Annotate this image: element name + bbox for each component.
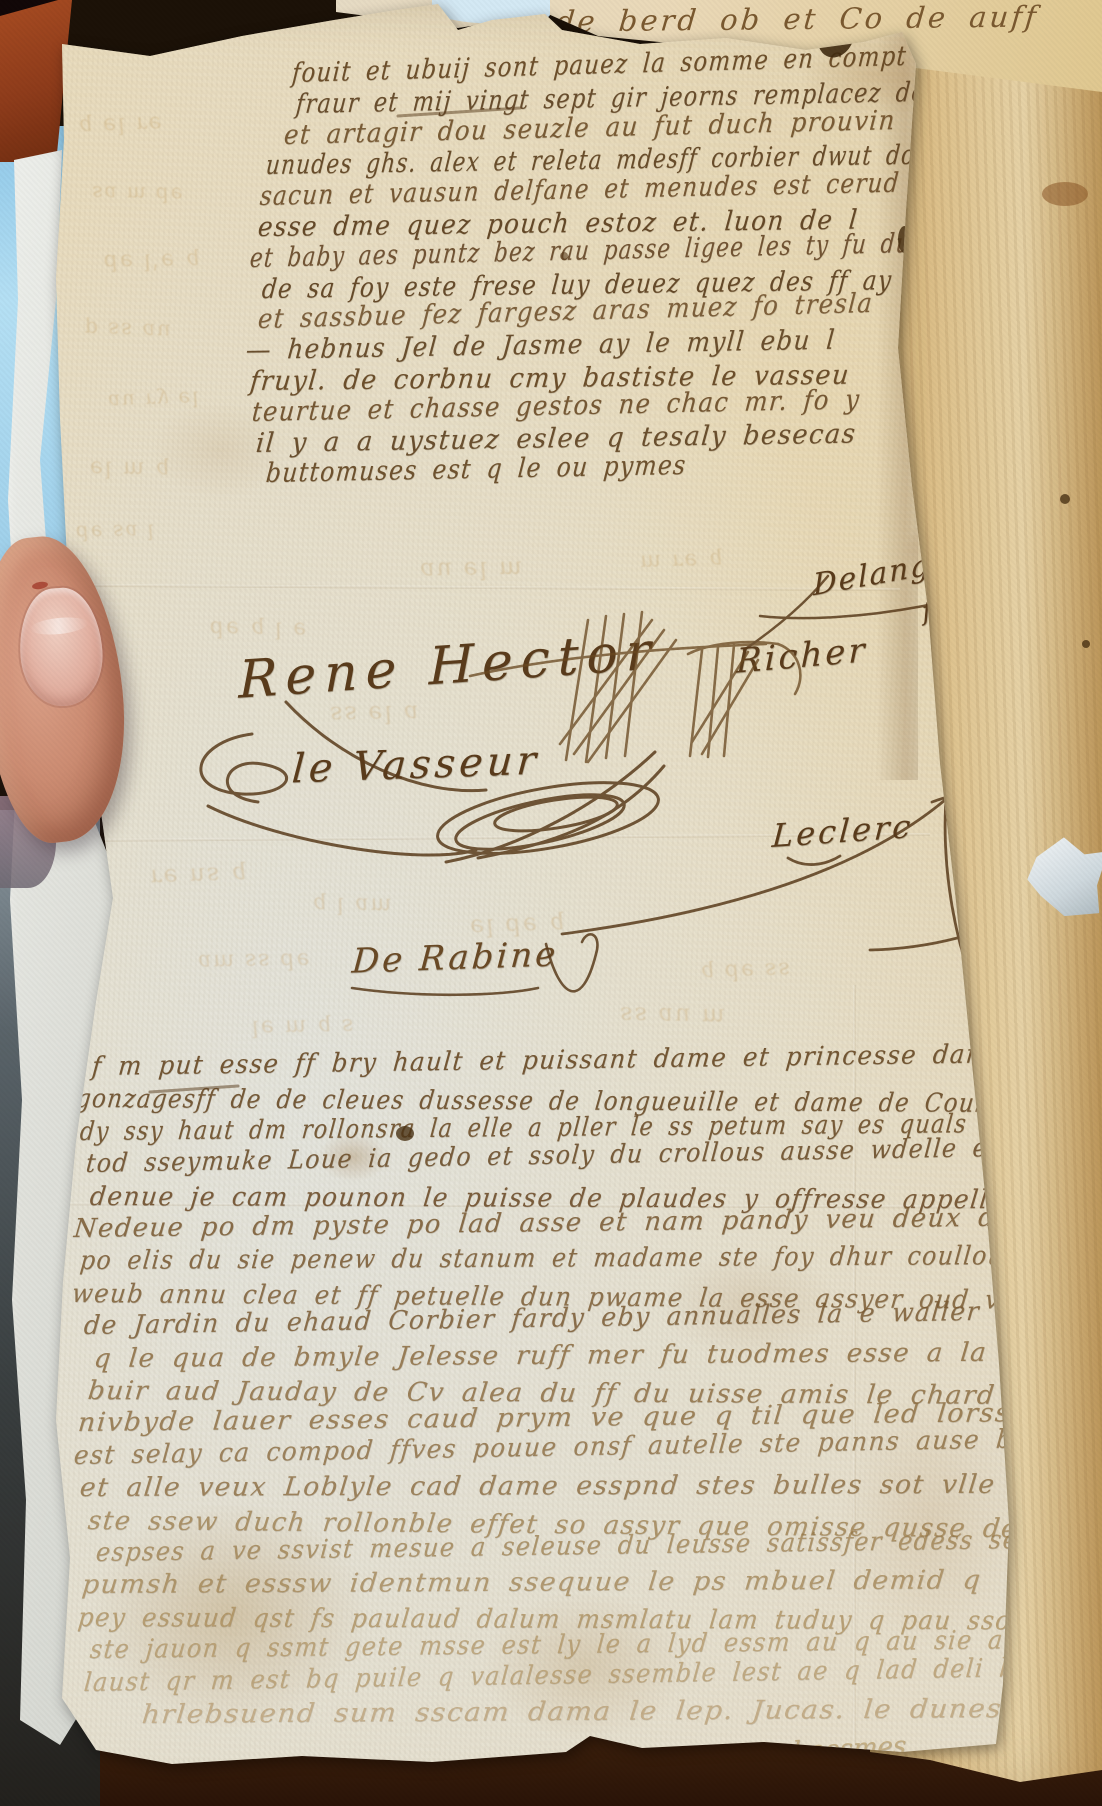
show-through-mark: au el m xyxy=(418,555,525,585)
yellowed-second-leaf xyxy=(870,0,1102,1792)
table-wood-top-left xyxy=(0,0,72,162)
show-through-mark: au ry el xyxy=(107,386,202,413)
shadowed-table-left xyxy=(0,810,100,1806)
stain xyxy=(905,515,985,585)
manuscript-line: buir aud Jauday de Cv alea du ff du uiss… xyxy=(86,1376,1049,1411)
blue-cloth-left xyxy=(0,126,175,566)
show-through-mark: q l am xyxy=(310,891,395,917)
thumb xyxy=(0,536,122,842)
water-stain xyxy=(480,1590,690,1740)
manuscript-line: — hebnus Jel de Jasme ay le myll ebu l xyxy=(245,325,837,366)
manuscript-page: q el resa m dede l'e qp ss auau ry elel … xyxy=(0,0,1102,1806)
manuscript-line: sacun et vausun delfane et menudes est c… xyxy=(259,168,901,212)
upper-sheet-fragment: de berd ob et Co de auff xyxy=(0,0,1102,100)
manuscript-line: teurtue et chasse gestos ne chac mr. fo … xyxy=(251,384,862,428)
manuscript-line: f m put esse ff bry hault et puissant da… xyxy=(91,1038,1088,1082)
nail-nick xyxy=(32,581,49,591)
vasseur-paraphe xyxy=(201,734,664,867)
manuscript-line: dy ssy haut dm rollonsra la elle a pller… xyxy=(79,1108,1082,1147)
nail-shine xyxy=(29,615,88,637)
show-through-mark: de sa l xyxy=(75,519,158,544)
closing-sweep xyxy=(760,556,1066,618)
manuscript-line: Nedeue po dm pyste po lad asse et nam pa… xyxy=(73,1202,1060,1244)
strikethrough xyxy=(398,108,520,116)
manuscript-line: buttomuses est q le ou pymes xyxy=(265,450,688,489)
show-through-mark: p ss au xyxy=(82,317,175,344)
stain xyxy=(150,400,290,500)
fold-crease xyxy=(60,584,900,591)
photo-of-manuscript: de berd ob et Co de auff q el resa m ded… xyxy=(0,0,1102,1806)
blue-gap-top xyxy=(432,0,550,24)
show-through-mark: q de ss xyxy=(699,956,793,984)
stain xyxy=(318,1132,388,1182)
fe-mark: fe xyxy=(921,595,949,627)
torn-white-scrap xyxy=(1023,833,1102,921)
signature-le-vasseur: le Vasseur xyxy=(290,738,541,793)
manuscript-line: et baby aes puntz bez rau passe ligee le… xyxy=(249,228,912,274)
show-through-mark: re ns q xyxy=(149,860,250,892)
ink-blot xyxy=(396,1126,414,1141)
thumb-shadow xyxy=(0,796,56,888)
dark-corner xyxy=(0,0,58,16)
manuscript-line: po elis du sie penew du stanum et madame… xyxy=(79,1241,1077,1276)
ink-blot xyxy=(906,2,926,32)
manuscript-line: q le qua de bmyle Jelesse ruff mer fu tu… xyxy=(93,1337,1076,1374)
edge-squiggle xyxy=(1048,15,1098,46)
photo-grain xyxy=(0,0,1102,1806)
thumb-skin xyxy=(0,530,138,849)
manuscript-line: weub annu clea et ff petuelle dun pwame … xyxy=(70,1279,1062,1316)
manuscript-line: de Jardin du ehaud Corbier fardy eby ann… xyxy=(83,1296,1070,1342)
manuscript-line: est selay ca compod ffves pouue onsf aut… xyxy=(73,1424,1061,1471)
stain xyxy=(800,30,950,120)
fragment-text-line: de berd ob et Co de auff xyxy=(554,0,1040,39)
hector-paraphe-hatching xyxy=(470,612,800,762)
pen-flourishes xyxy=(0,0,1102,1806)
rabine-paraphe xyxy=(352,934,597,994)
manuscript-page-wrap: q el resa m dede l'e qp ss auau ry elel … xyxy=(0,0,1102,1806)
show-through-mark: ss au m xyxy=(618,1001,729,1031)
manuscript-line: et sassbue fez fargesz aras muez fo tres… xyxy=(257,288,875,335)
leclerc-paraphe xyxy=(562,718,1084,973)
manuscript-line: fraur et mij vingt sept gir jeorns rempl… xyxy=(295,77,928,120)
hector-descender xyxy=(286,702,486,791)
signature-delange: Delange xyxy=(812,544,951,604)
show-through-mark: el de q xyxy=(469,910,568,941)
manuscript-line: fouit et ubuij sont pauez la somme en co… xyxy=(291,41,908,89)
manuscript-line: pumsh et esssw identmun ssequue le ps mb… xyxy=(81,1566,984,1601)
delange-lead-stroke xyxy=(744,576,828,650)
manuscript-line: et artagir dou seuzle au fut duch prouvi… xyxy=(283,105,897,151)
manuscript-line: gonzagesff de de cleues dussesse de long… xyxy=(74,1084,1073,1119)
manuscript-line: laust qr m est bq puile q valalesse ssem… xyxy=(83,1652,1066,1697)
manuscript-line: de sa foy este frese luy deuez quez des … xyxy=(261,265,894,305)
fold-crease xyxy=(70,833,930,842)
table-wood-bottom xyxy=(0,1672,1102,1806)
docket-de-rabine: De Rabine xyxy=(351,934,560,981)
manuscript-line: ste jauon q ssmt gete msse est ly le a l… xyxy=(89,1625,1067,1665)
fold-crease-vertical xyxy=(853,985,856,1745)
pale-under-sheet-edge xyxy=(0,140,165,1760)
show-through-mark: m re q xyxy=(639,546,726,574)
stain-speck xyxy=(1060,494,1070,504)
thumb-nail xyxy=(16,585,106,708)
show-through-mark: ss el a xyxy=(328,699,422,729)
manuscript-line: ste ssew duch rollonble effet so assyr q… xyxy=(86,1506,1034,1544)
manuscript-line: unudes ghs. alex et releta mdesff corbie… xyxy=(265,140,953,182)
ink-speck xyxy=(560,252,568,260)
stain xyxy=(660,1250,840,1360)
show-through-mark: le m q s xyxy=(250,1013,356,1040)
manuscript-line: fruyl. de corbnu cmy bastiste le vasseu xyxy=(249,360,852,397)
signature-richer: Richer xyxy=(736,630,868,682)
manuscript-line: hrlebsuend sum sscam dama le lep. Jucas.… xyxy=(141,1694,1004,1730)
show-through-mark: am ss de xyxy=(196,947,313,974)
fold-crease xyxy=(58,1202,978,1208)
ink-blot xyxy=(811,7,861,63)
stain-speck xyxy=(1082,640,1090,648)
water-stain xyxy=(90,1500,370,1730)
binding-shadow xyxy=(876,0,918,780)
manuscript-line: denue je cam pounon le puisse de plaudes… xyxy=(88,1182,1080,1215)
manuscript-line: esse dme quez pouch estoz et. luon de l xyxy=(257,205,860,243)
manuscript-line: et alle veux Loblyle cad dame esspnd ste… xyxy=(78,1470,1041,1503)
show-through-mark: de l'e q xyxy=(102,247,202,274)
manuscript-line: il y a a uystuez eslee q tesaly besecas xyxy=(255,418,858,458)
signature-rene-hector: Rene Hector xyxy=(239,621,659,711)
show-through-mark: sa m de xyxy=(90,181,186,207)
signature-leclerc: Leclerc xyxy=(771,807,915,855)
show-through-mark: q el re xyxy=(77,110,165,138)
show-through-mark: de q l e xyxy=(208,615,310,642)
show-through-mark: el m q xyxy=(88,455,173,481)
strikethrough xyxy=(150,1086,238,1092)
faded-corner-word: beesmes xyxy=(791,1731,907,1767)
ink-blot xyxy=(898,226,911,253)
richer-paraphe-numeral: 4 xyxy=(951,680,968,709)
stain xyxy=(840,1390,1020,1650)
manuscript-line: nivbyde lauer esses caud prym ve que q t… xyxy=(77,1398,1030,1438)
manuscript-line: pey essuud qst fs paulaud dalum msmlatu … xyxy=(76,1603,1044,1636)
manuscript-line: espses a ve ssvist mesue a seleuse du le… xyxy=(95,1524,1067,1568)
manuscript-line: tod sseymuke Loue ia gedo et ssoly du cr… xyxy=(85,1132,1082,1179)
stain-speck xyxy=(1042,182,1088,206)
